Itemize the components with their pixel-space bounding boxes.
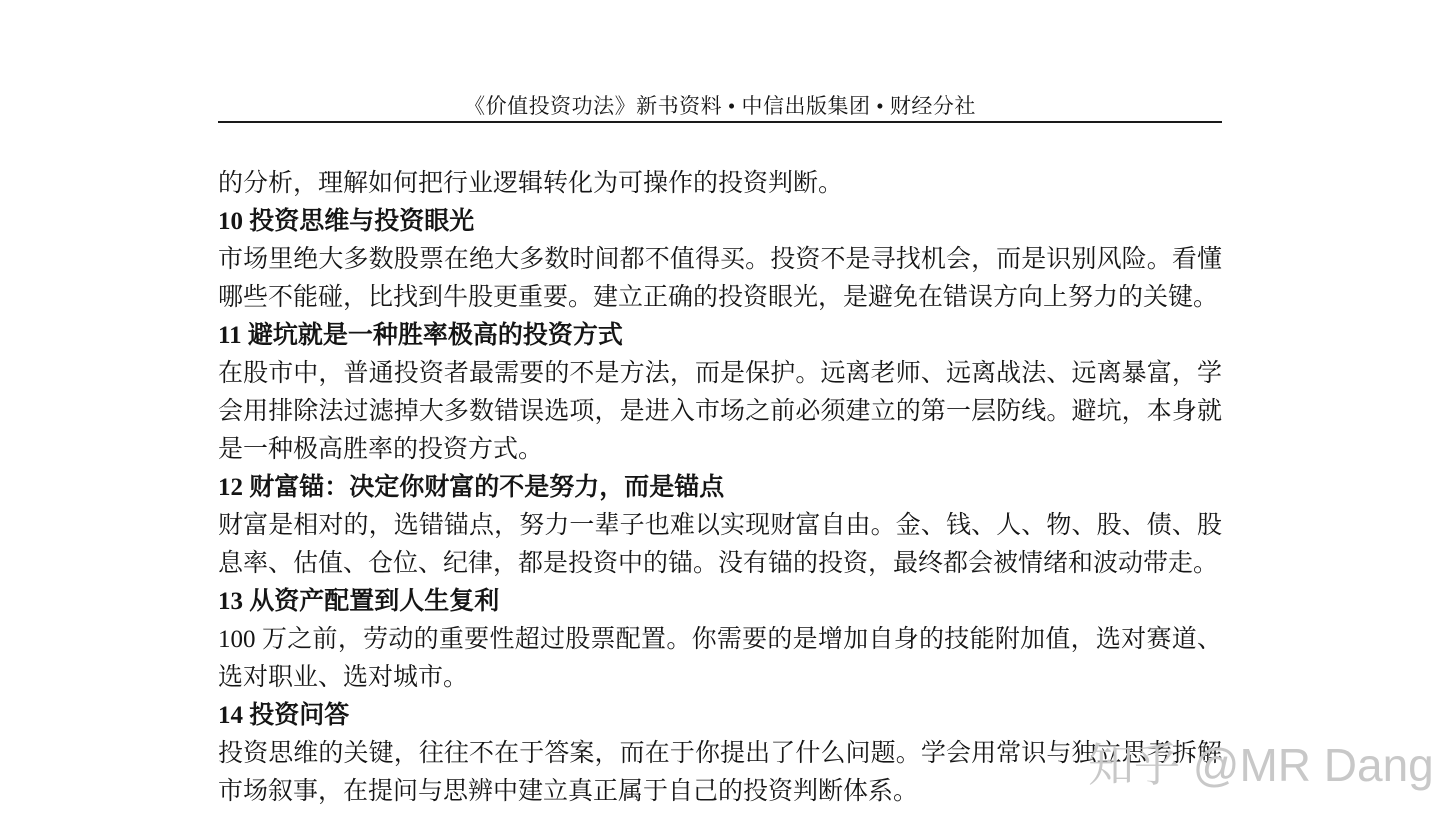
document-page: 《价值投资功法》新书资料 • 中信出版集团 • 财经分社 的分析，理解如何把行业… <box>0 0 1440 826</box>
section-heading-13: 13 从资产配置到人生复利 <box>218 583 1222 621</box>
page-header-title: 《价值投资功法》新书资料 • 中信出版集团 • 财经分社 <box>218 94 1222 118</box>
section-heading-10: 10 投资思维与投资眼光 <box>218 203 1222 241</box>
document-body: 的分析，理解如何把行业逻辑转化为可操作的投资判断。 10 投资思维与投资眼光 市… <box>218 165 1222 811</box>
paragraph-continuation: 的分析，理解如何把行业逻辑转化为可操作的投资判断。 <box>218 165 1222 203</box>
header-rule <box>218 121 1222 123</box>
section-body-12: 财富是相对的，选错锚点，努力一辈子也难以实现财富自由。金、钱、人、物、股、债、股… <box>218 507 1222 583</box>
section-heading-11: 11 避坑就是一种胜率极高的投资方式 <box>218 317 1222 355</box>
section-body-10: 市场里绝大多数股票在绝大多数时间都不值得买。投资不是寻找机会，而是识别风险。看懂… <box>218 241 1222 317</box>
section-body-14: 投资思维的关键，往往不在于答案，而在于你提出了什么问题。学会用常识与独立思考拆解… <box>218 735 1222 811</box>
section-heading-14: 14 投资问答 <box>218 697 1222 735</box>
section-heading-12: 12 财富锚：决定你财富的不是努力，而是锚点 <box>218 469 1222 507</box>
section-body-13: 100 万之前，劳动的重要性超过股票配置。你需要的是增加自身的技能附加值，选对赛… <box>218 621 1222 697</box>
section-body-11: 在股市中，普通投资者最需要的不是方法，而是保护。远离老师、远离战法、远离暴富，学… <box>218 355 1222 469</box>
